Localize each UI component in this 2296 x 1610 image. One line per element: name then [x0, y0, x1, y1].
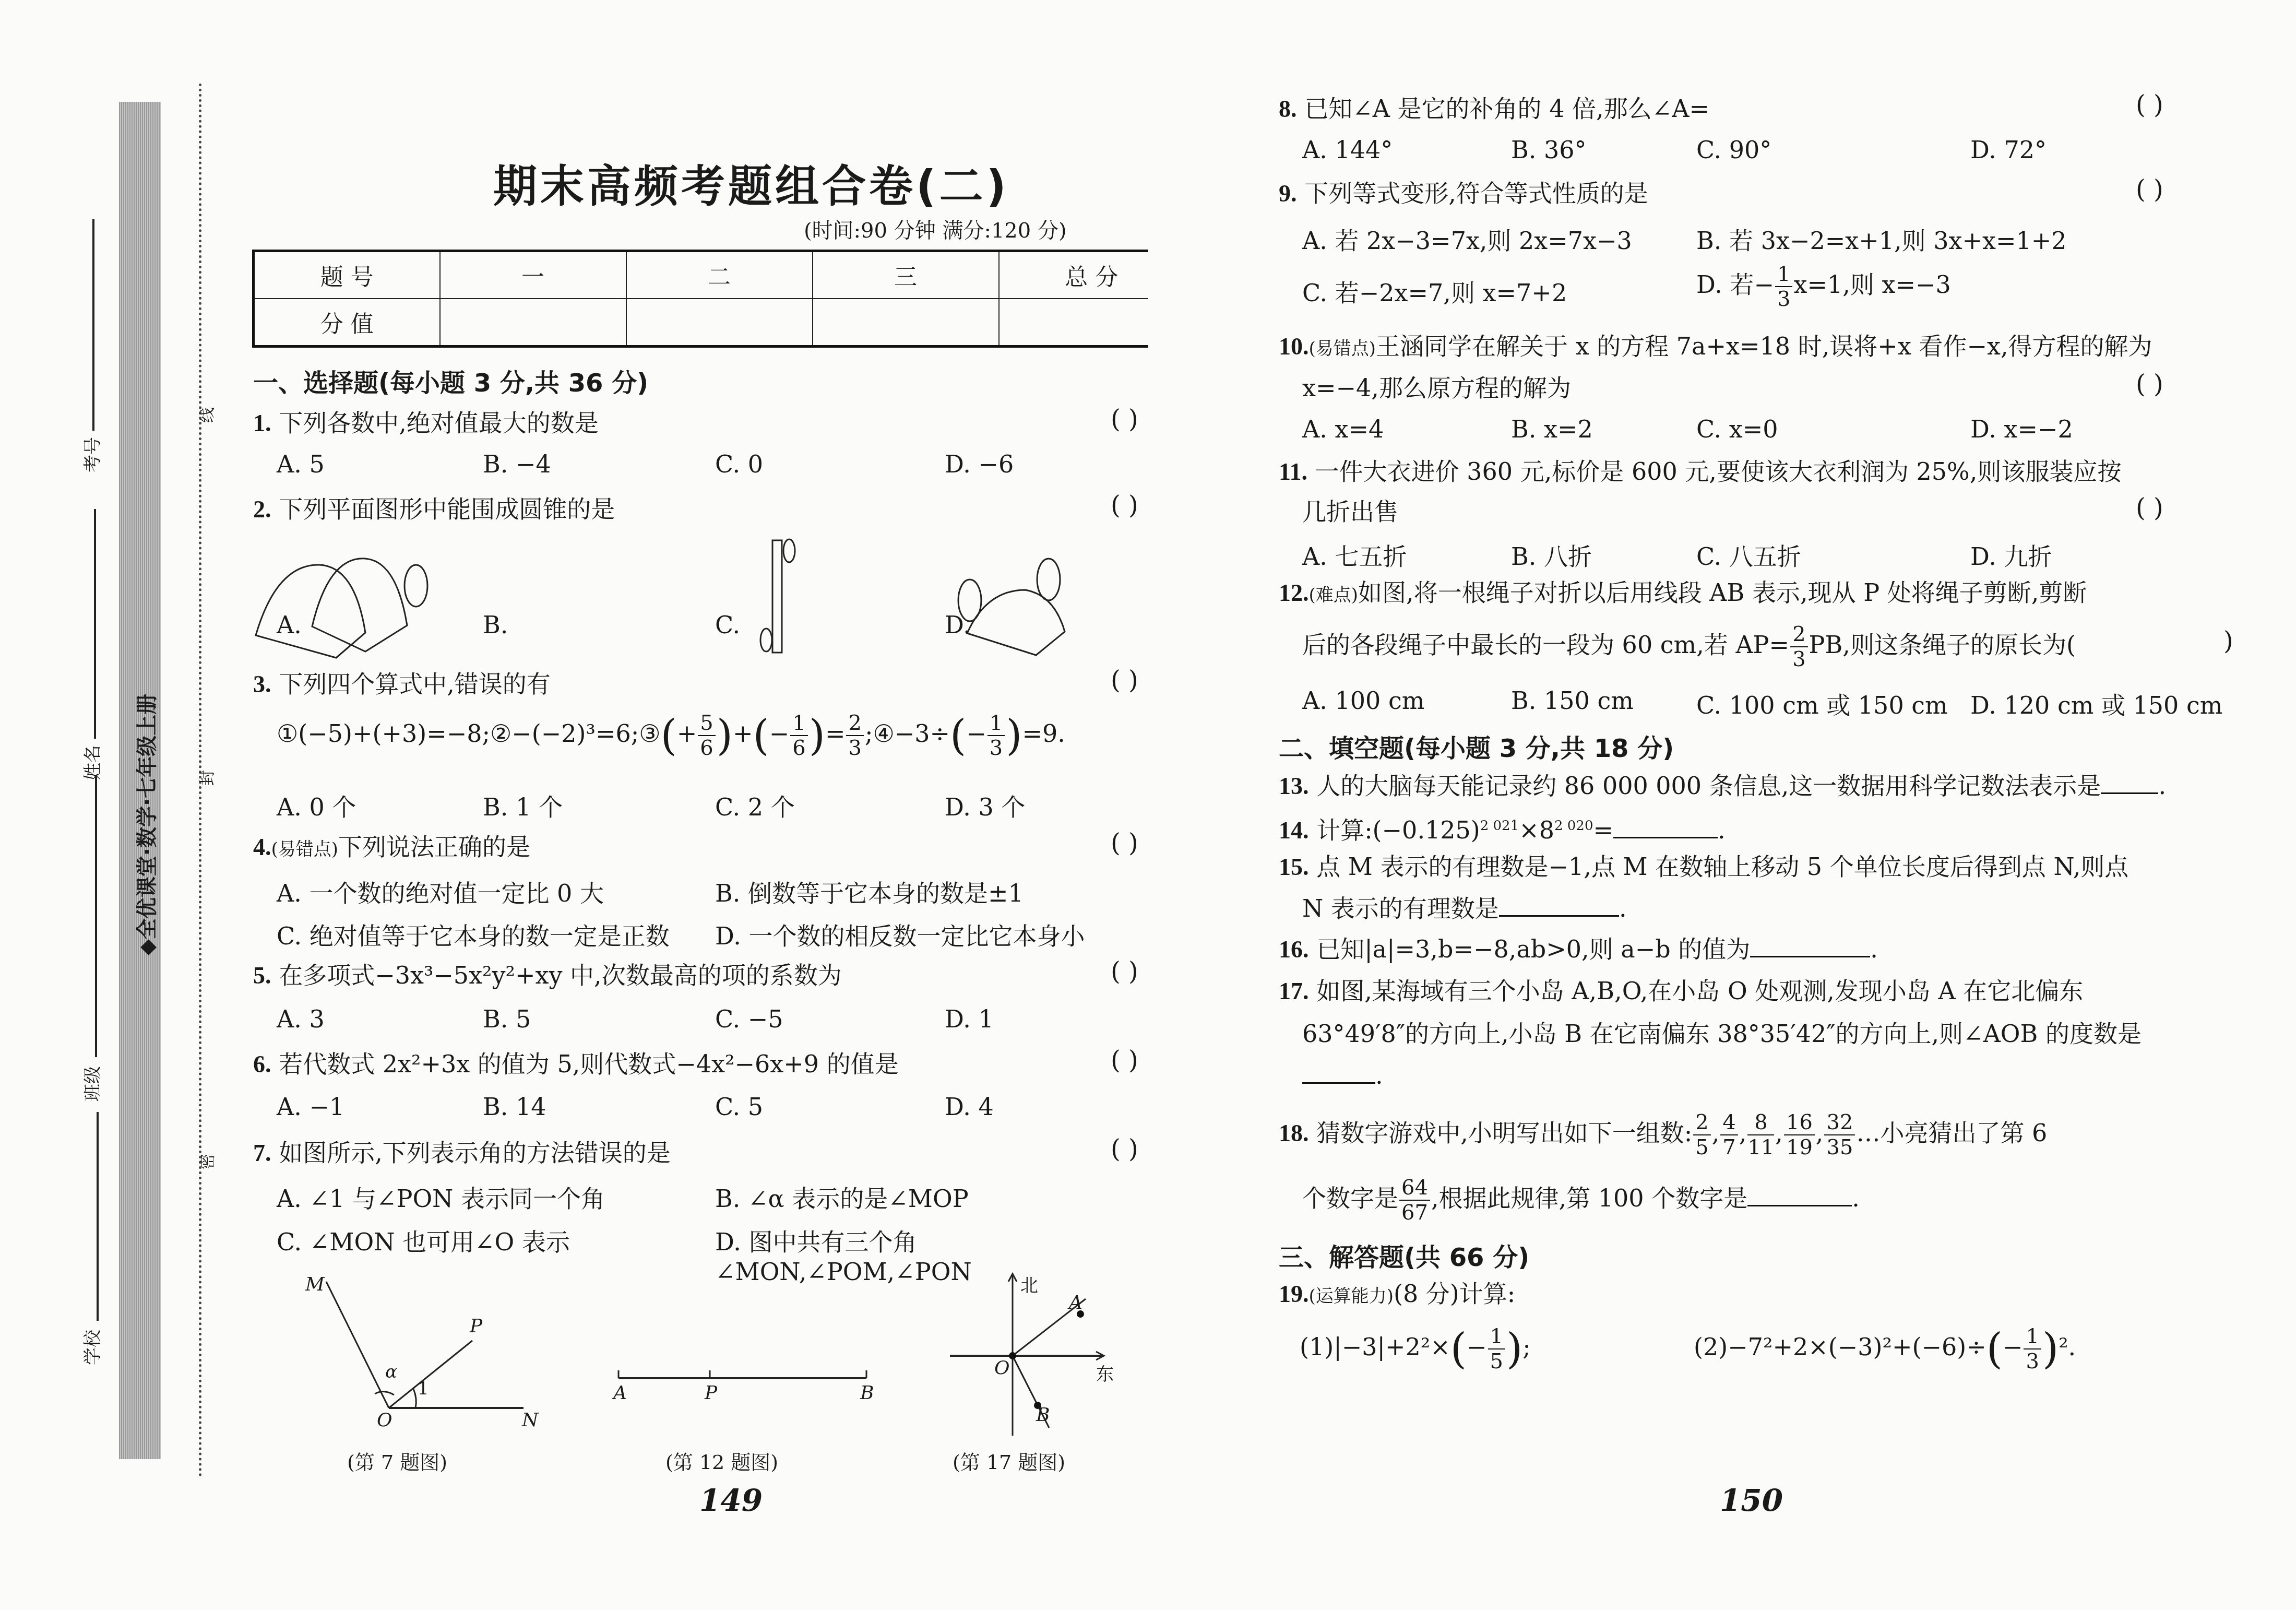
option-text: D. 若− [1696, 270, 1774, 299]
question-text: 人的大脑每天能记录约 86 000 000 条信息,这一数据用科学记数法表示是 [1316, 772, 2101, 800]
q9-option-b: B. 若 3x−2=x+1,则 3x+x=1+2 [1696, 222, 2067, 256]
question-number: 15. [1279, 854, 1309, 880]
fig17-caption: (第 17 题图) [953, 1446, 1065, 1475]
answer-workspace[interactable] [1279, 1383, 2244, 1477]
question-number: 12. [1279, 579, 1309, 606]
q10-option-b: B. x=2 [1511, 415, 1593, 443]
paren-open: ( [1450, 1324, 1467, 1373]
q12-option-d: D. 120 cm 或 150 cm [1970, 686, 2222, 721]
answer-blank-18[interactable] [1747, 1184, 1852, 1206]
formula-part: (2)−7²+2×(−3)²+(−6)÷ [1694, 1333, 1986, 1361]
sequence-fraction-2: 47 [1720, 1112, 1738, 1158]
sequence-fraction-4: 1619 [1784, 1112, 1815, 1158]
q8-option-d: D. 72° [1970, 136, 2047, 164]
question-17-line3: . [1302, 1060, 1383, 1091]
answer-blank-15[interactable] [1499, 894, 1619, 917]
q12-option-b: B. 150 cm [1511, 686, 1634, 715]
question-text: 已知|a|=3,b=−8,ab>0,则 a−b 的值为 [1316, 935, 1750, 963]
left-page: ◆全优课堂·数学·七年级上册 考号 姓名 班级 学校 线 封 密 期末高频考题组… [0, 0, 1148, 1610]
difficulty-tag: (易错点) [1309, 338, 1376, 359]
question-text: 王涵同学在解关于 x 的方程 7a+x=18 时,误将+x 看作−x,得方程的解… [1376, 332, 2152, 360]
q12-option-a: A. 100 cm [1302, 686, 1424, 715]
question-16: 16. 已知|a|=3,b=−8,ab>0,则 a−b 的值为. [1279, 933, 1878, 965]
question-17: 17. 如图,某海域有三个小岛 A,B,O,在小岛 O 处观测,发现小岛 A 在… [1279, 975, 2083, 1007]
fig17-label-o: O [994, 1357, 1010, 1379]
question-18: 18. 猜数字游戏中,小明写出如下一组数:25,47,811,1619,3235… [1279, 1112, 2047, 1158]
question-text: 一件大衣进价 360 元,标价是 600 元,要使该大衣利润为 25%,则该服装… [1315, 457, 2122, 486]
fig7-label-n: N [522, 1410, 539, 1431]
question-text: …小亮猜出了第 6 [1856, 1119, 2047, 1147]
fraction-1-3: 13 [2024, 1326, 2041, 1372]
question-14: 14. 计算:(−0.125)2 021×82 020=. [1279, 810, 1726, 846]
paren-close: ) [2042, 1324, 2059, 1373]
q9-option-d: D. 若−13x=1,则 x=−3 [1696, 264, 1951, 310]
formula-part: ; [1522, 1333, 1531, 1361]
fig7-label-o: O [377, 1410, 392, 1431]
answer-blank-14[interactable] [1613, 816, 1718, 838]
question-17-line2: 63°49′8″的方向上,小岛 B 在它南偏东 38°35′42″的方向上,则∠… [1302, 1018, 2142, 1049]
answer-blank-9[interactable]: ( ) [2136, 175, 2163, 204]
answer-blank-11[interactable]: ( ) [2136, 493, 2163, 523]
section-3-heading: 三、解答题(共 66 分) [1279, 1237, 1529, 1273]
q12-option-c: C. 100 cm 或 150 cm [1696, 686, 1948, 721]
question-13: 13. 人的大脑每天能记录约 86 000 000 条信息,这一数据用科学记数法… [1279, 770, 2166, 802]
fig7-label-alpha: α [385, 1362, 397, 1382]
question-text: 点 M 表示的有理数是−1,点 M 在数轴上移动 5 个单位长度后得到点 N,则… [1316, 853, 2128, 881]
fig17-label-a: A [1069, 1292, 1082, 1313]
question-text: 计算: [1459, 1280, 1516, 1308]
answer-blank-13[interactable] [2101, 772, 2158, 794]
question-text: ,根据此规律,第 100 个数字是 [1431, 1184, 1747, 1212]
fig17-label-b: B [1036, 1404, 1050, 1426]
question-text: 如图,某海域有三个小岛 A,B,O,在小岛 O 处观测,发现小岛 A 在它北偏东 [1316, 977, 2083, 1005]
question-text: PB,则这条绳子的原长为( [1809, 631, 2076, 659]
fraction-1-5: 15 [1488, 1326, 1505, 1372]
question-number: 16. [1279, 936, 1309, 963]
question-number: 19. [1279, 1281, 1309, 1307]
q8-option-a: A. 144° [1302, 136, 1393, 164]
question-number: 18. [1279, 1120, 1309, 1146]
q9-option-c: C. 若−2x=7,则 x=7+2 [1302, 274, 1567, 309]
question-15-line2: N 表示的有理数是. [1302, 893, 1627, 924]
fig7-label-1: 1 [418, 1378, 429, 1399]
q8-option-c: C. 90° [1696, 136, 1771, 164]
question-text: = [1593, 816, 1613, 844]
fig12-label-a: A [613, 1382, 627, 1404]
section-2-heading: 二、填空题(每小题 3 分,共 18 分) [1279, 728, 1674, 764]
formula-part: (1)|−3|+2²× [1300, 1333, 1450, 1361]
question-10-line2: x=−4,那么原方程的解为 [1302, 372, 1571, 404]
page-number-right: 150 [1720, 1483, 1783, 1518]
q11-option-c: C. 八五折 [1696, 538, 1801, 572]
question-number: 8. [1279, 96, 1297, 122]
answer-blank-10[interactable]: ( ) [2136, 370, 2163, 399]
question-18-line2: 个数字是6467,根据此规律,第 100 个数字是. [1302, 1177, 1860, 1223]
paren-open: ( [1986, 1324, 2003, 1373]
q10-option-a: A. x=4 [1302, 415, 1384, 443]
fig12-label-p: P [705, 1382, 717, 1404]
q9-option-a: A. 若 2x−3=7x,则 2x=7x−3 [1302, 222, 1632, 256]
question-12: 12.(难点)如图,将一根绳子对折以后用线段 AB 表示,现从 P 处将绳子剪断… [1279, 577, 2087, 611]
question-9: 9. 下列等式变形,符合等式性质的是 [1279, 177, 1648, 209]
answer-blank-16[interactable] [1750, 935, 1870, 957]
sequence-fraction-3: 811 [1747, 1112, 1774, 1158]
fraction-1-3: 13 [1775, 264, 1792, 310]
question-text: 已知∠A 是它的补角的 4 倍,那么∠A= [1304, 94, 1709, 123]
answer-blank-12[interactable]: ) [2223, 626, 2233, 656]
q10-option-d: D. x=−2 [1970, 415, 2073, 443]
question-number: 9. [1279, 180, 1297, 207]
question-15: 15. 点 M 表示的有理数是−1,点 M 在数轴上移动 5 个单位长度后得到点… [1279, 851, 2128, 883]
sequence-fraction-5: 3235 [1824, 1112, 1855, 1158]
question-10: 10.(易错点)王涵同学在解关于 x 的方程 7a+x=18 时,误将+x 看作… [1279, 330, 2152, 364]
question-text: 猜数字游戏中,小明写出如下一组数: [1316, 1119, 1692, 1147]
question-text: 如图,将一根绳子对折以后用线段 AB 表示,现从 P 处将绳子剪断,剪断 [1358, 578, 2087, 607]
competency-tag: (运算能力) [1309, 1286, 1394, 1307]
fig7-caption: (第 7 题图) [347, 1446, 447, 1475]
question-19: 19.(运算能力)(8 分)计算: [1279, 1278, 1515, 1312]
q10-option-c: C. x=0 [1696, 415, 1778, 443]
question-text: 后的各段绳子中最长的一段为 60 cm,若 AP= [1302, 631, 1789, 659]
question-text: N 表示的有理数是 [1302, 894, 1499, 922]
q11-option-d: D. 九折 [1970, 538, 2052, 572]
formula-part: ². [2059, 1333, 2076, 1361]
fraction-2-3: 23 [1790, 624, 1807, 670]
question-number: 10. [1279, 333, 1309, 360]
question-number: 13. [1279, 773, 1309, 799]
q8-option-b: B. 36° [1511, 136, 1587, 164]
fig17-label-north: 北 [1020, 1271, 1038, 1297]
answer-blank-8[interactable]: ( ) [2136, 90, 2163, 120]
figure-diagrams [0, 0, 1148, 1610]
exponent: 2 020 [1554, 818, 1593, 834]
exponent: 2 021 [1480, 818, 1519, 834]
question-19-part-2: (2)−7²+2×(−3)²+(−6)÷(−13)². [1694, 1326, 2076, 1372]
fig12-caption: (第 12 题图) [665, 1446, 778, 1475]
question-11: 11. 一件大衣进价 360 元,标价是 600 元,要使该大衣利润为 25%,… [1279, 456, 2121, 488]
question-text: 计算:(−0.125) [1316, 816, 1480, 844]
paren-close: ) [1506, 1324, 1522, 1373]
question-8: 8. 已知∠A 是它的补角的 4 倍,那么∠A= [1279, 93, 1709, 125]
question-12-line2: 后的各段绳子中最长的一段为 60 cm,若 AP=23PB,则这条绳子的原长为( [1302, 624, 2076, 670]
option-text: x=1,则 x=−3 [1793, 270, 1950, 299]
fig7-label-m: M [305, 1274, 325, 1295]
question-number: 17. [1279, 978, 1309, 1004]
fig7-label-p: P [470, 1316, 482, 1337]
page-number-left: 149 [699, 1483, 763, 1518]
question-19-part-1: (1)|−3|+2²×(−15); [1300, 1326, 1531, 1372]
question-text: ×8 [1519, 816, 1554, 844]
q11-option-b: B. 八折 [1511, 538, 1592, 572]
q11-option-a: A. 七五折 [1302, 538, 1407, 572]
difficulty-tag: (难点) [1309, 585, 1359, 606]
answer-blank-17[interactable] [1302, 1061, 1375, 1084]
question-number: 11. [1279, 458, 1307, 485]
question-text: 个数字是 [1302, 1184, 1398, 1212]
question-text: 下列等式变形,符合等式性质的是 [1304, 179, 1648, 207]
fig17-label-east: 东 [1096, 1360, 1114, 1386]
points-label: (8 分) [1394, 1280, 1459, 1308]
question-number: 14. [1279, 817, 1309, 844]
right-page: 8. 已知∠A 是它的补角的 4 倍,那么∠A= ( ) A. 144° B. … [1148, 0, 2296, 1610]
sequence-fraction-1: 25 [1693, 1112, 1710, 1158]
question-11-line2: 几折出售 [1302, 496, 1398, 527]
fig12-label-b: B [860, 1382, 874, 1404]
sequence-fraction-6: 6467 [1399, 1177, 1430, 1223]
